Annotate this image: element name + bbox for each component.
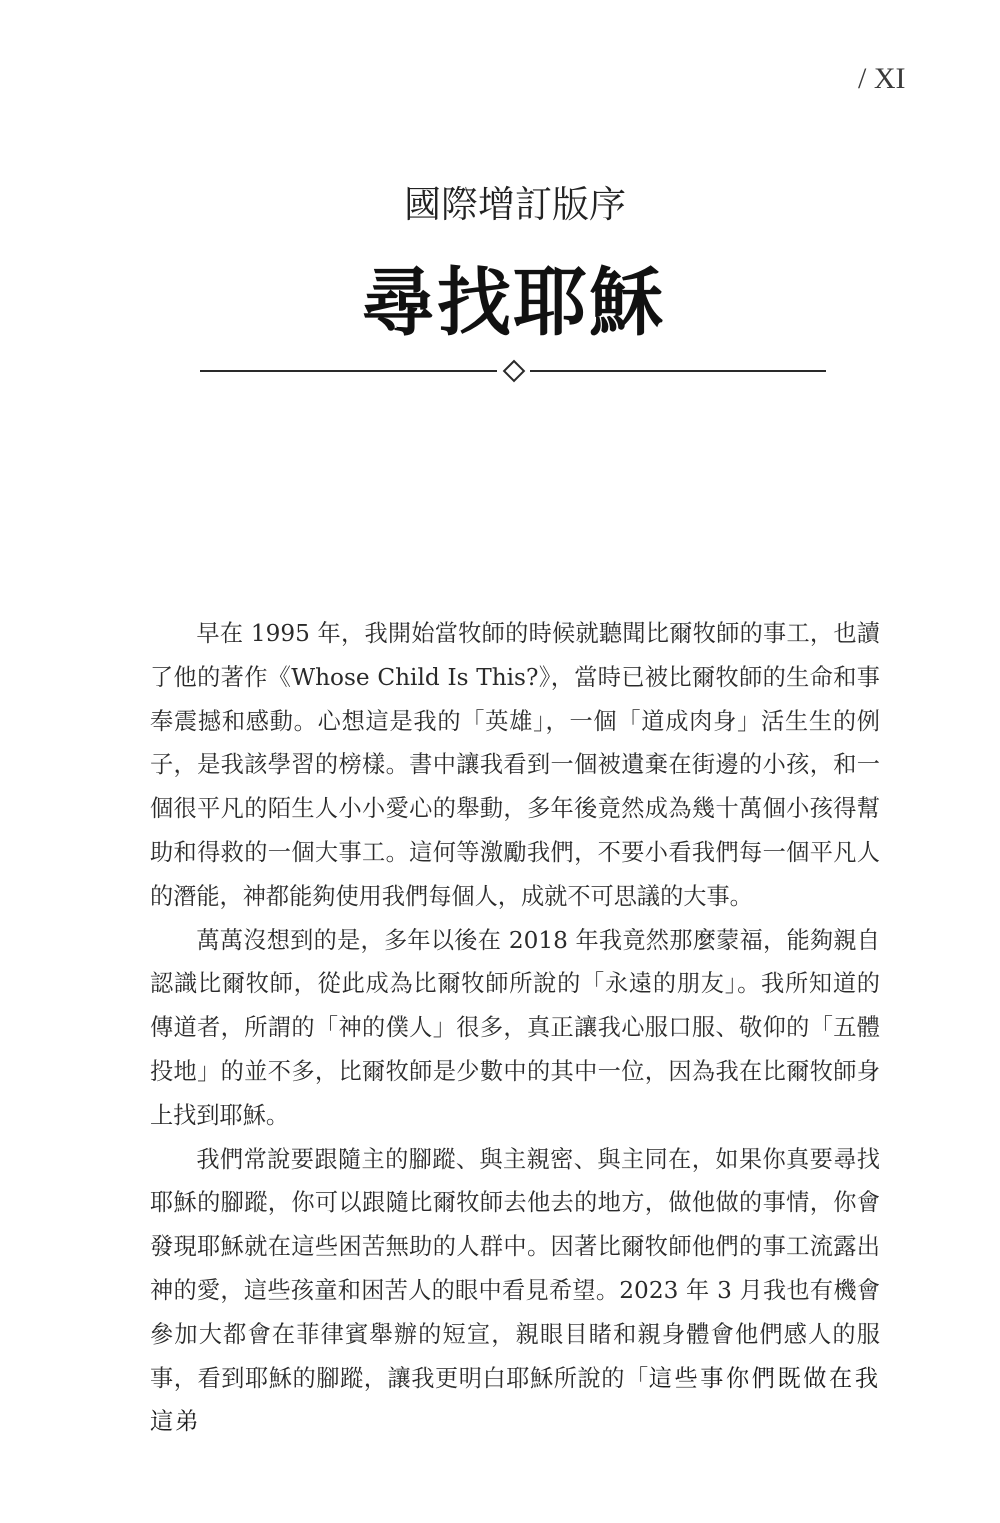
diamond-ornament-icon bbox=[503, 360, 526, 383]
chapter-title: 尋找耶穌 bbox=[0, 258, 1000, 348]
page-number: / XI bbox=[858, 62, 906, 96]
title-divider bbox=[200, 360, 826, 382]
paragraph-2: 萬萬沒想到的是，多年以後在 2018 年我竟然那麼蒙福，能夠親自認識比爾牧師，從… bbox=[150, 919, 880, 1138]
paragraph-3: 我們常說要跟隨主的腳蹤、與主親密、與主同在，如果你真要尋找耶穌的腳蹤，你可以跟隨… bbox=[150, 1138, 880, 1445]
paragraph-3-main: 我們常說要跟隨主的腳蹤、與主親密、與主同在，如果你真要尋找耶穌的腳蹤，你可以跟隨… bbox=[150, 1146, 880, 1392]
body-text: 早在 1995 年，我開始當牧師的時候就聽聞比爾牧師的事工，也讀了他的著作《Wh… bbox=[150, 612, 880, 1444]
paragraph-1: 早在 1995 年，我開始當牧師的時候就聽聞比爾牧師的事工，也讀了他的著作《Wh… bbox=[150, 612, 880, 919]
divider-line-right bbox=[530, 370, 826, 372]
chapter-subtitle: 國際增訂版序 bbox=[0, 180, 1000, 230]
divider-line-left bbox=[200, 370, 497, 372]
